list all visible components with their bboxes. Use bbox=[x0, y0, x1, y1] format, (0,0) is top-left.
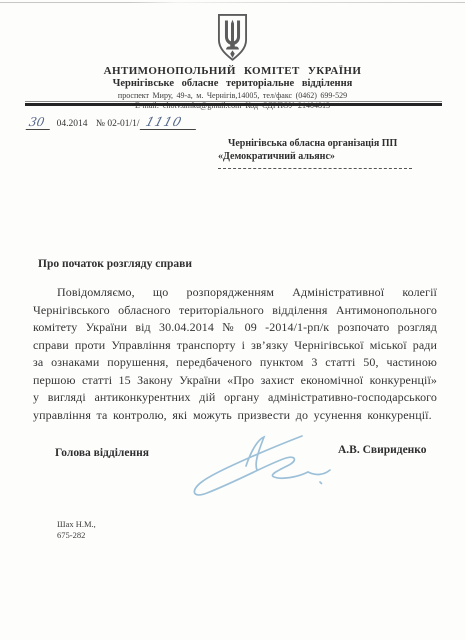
scan-artifact-line bbox=[0, 2, 465, 3]
organization-name: АНТИМОНОПОЛЬНИЙ КОМІТЕТ УКРАЇНИ bbox=[0, 65, 465, 77]
executor-block: Шах Н.М., 675-282 bbox=[57, 519, 96, 541]
printed-date: 04.2014 bbox=[57, 119, 88, 129]
reference-line: 30 04.2014 № 02-01/1/ 1110 bbox=[27, 114, 198, 130]
letterhead-divider bbox=[25, 101, 442, 106]
recipient-dashed-line bbox=[218, 168, 412, 169]
signer-name: А.В. Свириденко bbox=[338, 444, 427, 456]
executor-phone: 675-282 bbox=[57, 530, 96, 541]
executor-name: Шах Н.М., bbox=[57, 519, 96, 530]
recipient-line1: Чернігівська обласна організація ПП bbox=[218, 137, 428, 150]
scanned-letter-page: АНТИМОНОПОЛЬНИЙ КОМІТЕТ УКРАЇНИ Чернігів… bbox=[0, 0, 465, 640]
handwritten-day: 30 bbox=[26, 115, 53, 130]
letter-body: Повідомляємо, що розпорядженням Адмініст… bbox=[33, 284, 437, 424]
address-line: проспект Миру, 49-а, м. Чернігів,14005, … bbox=[0, 91, 465, 100]
recipient-line2: «Демократичний альянс» bbox=[218, 150, 428, 163]
subject-line: Про початок розгляду справи bbox=[38, 258, 192, 270]
handwritten-number: 1110 bbox=[140, 114, 200, 130]
recipient-block: Чернігівська обласна організація ПП «Дем… bbox=[218, 137, 428, 169]
document-number-prefix: № 02-01/1/ bbox=[96, 119, 140, 129]
divider-thick-line bbox=[25, 103, 442, 106]
letterhead: АНТИМОНОПОЛЬНИЙ КОМІТЕТ УКРАЇНИ Чернігів… bbox=[0, 13, 465, 110]
signer-position-title: Голова відділення bbox=[55, 447, 149, 459]
signature-scribble-icon bbox=[180, 430, 338, 506]
divider-thin-line bbox=[25, 101, 442, 102]
trident-emblem-icon bbox=[212, 13, 253, 62]
branch-name: Чернігівське обласне територіальне відді… bbox=[0, 78, 465, 89]
